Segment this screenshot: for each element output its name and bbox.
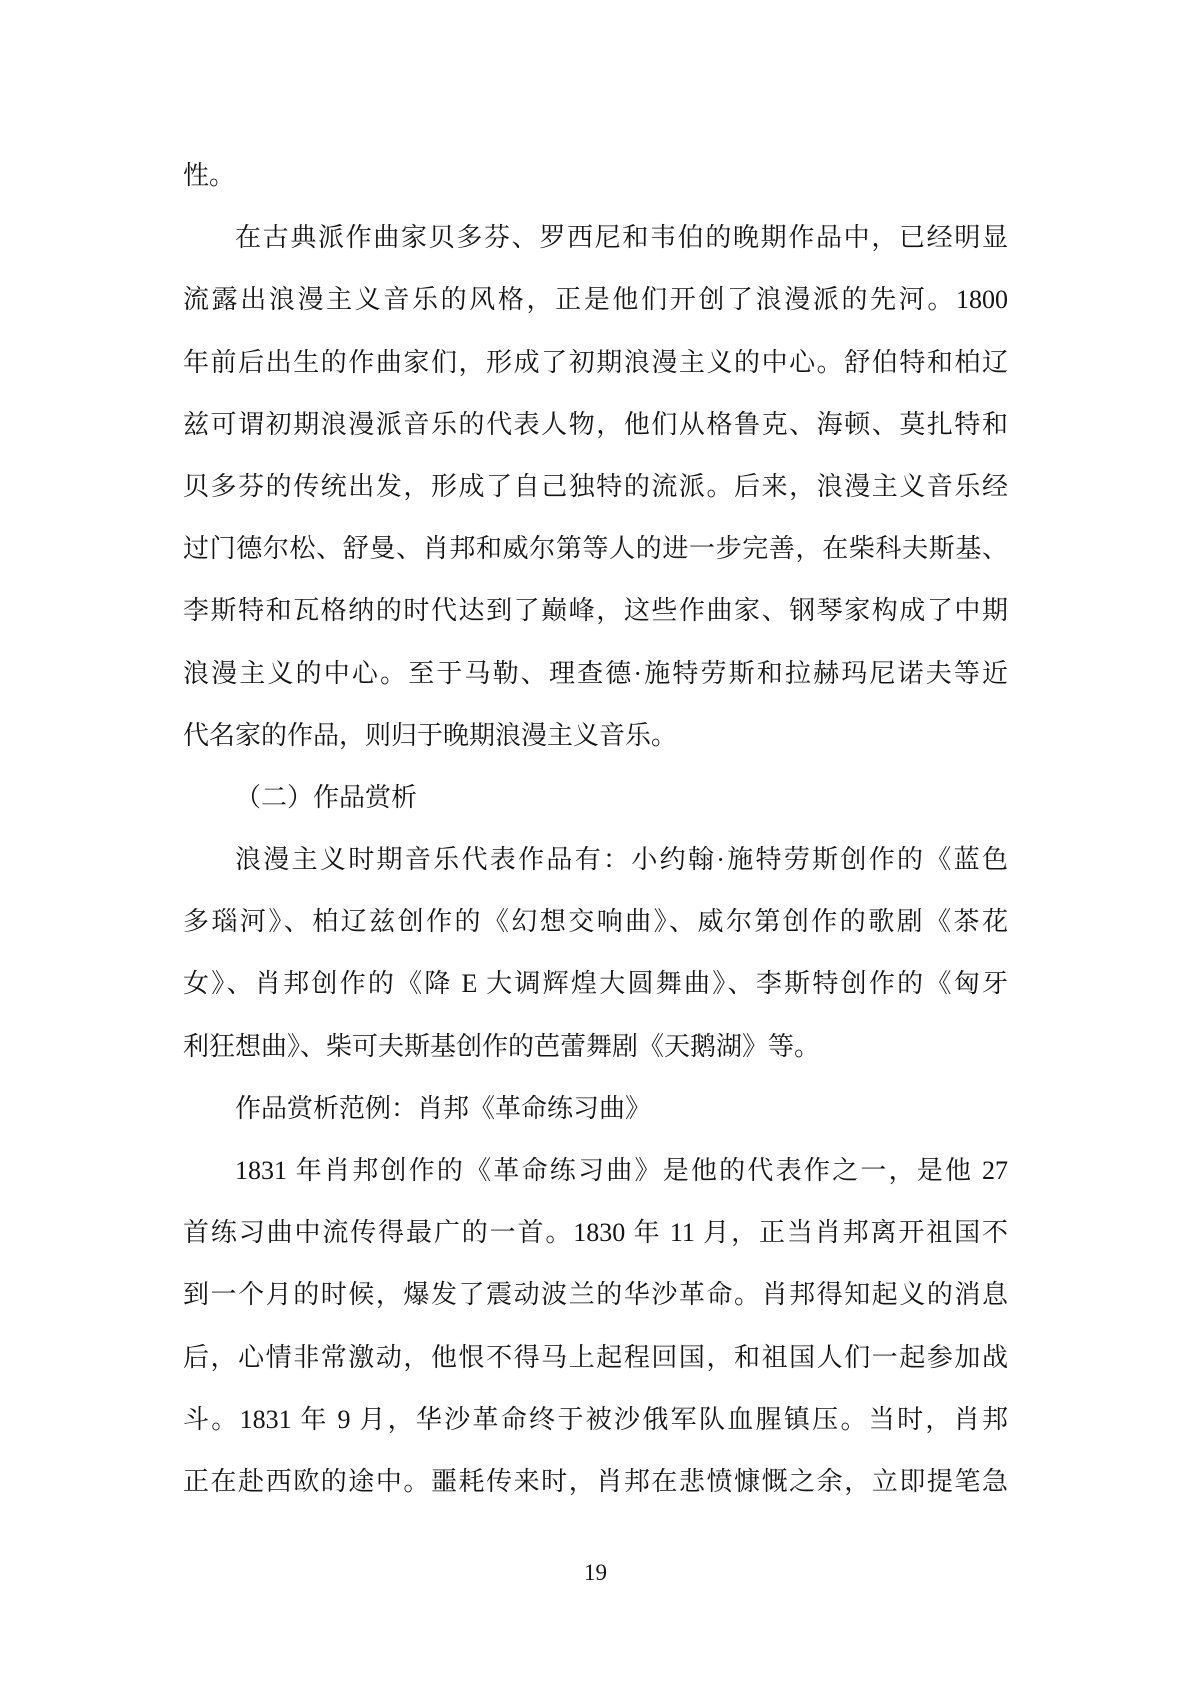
- text-line: 女》、肖邦创作的《降 E 大调辉煌大圆舞曲》、李斯特创作的《匈牙: [183, 953, 1008, 1015]
- document-page: 性。在古典派作曲家贝多芬、罗西尼和韦伯的晚期作品中，已经明显流露出浪漫主义音乐的…: [0, 0, 1191, 1684]
- document-body: 性。在古典派作曲家贝多芬、罗西尼和韦伯的晚期作品中，已经明显流露出浪漫主义音乐的…: [183, 145, 1008, 1513]
- text-line: 在古典派作曲家贝多芬、罗西尼和韦伯的晚期作品中，已经明显: [183, 207, 1008, 269]
- text-line: 年前后出生的作曲家们，形成了初期浪漫主义的中心。舒伯特和柏辽: [183, 332, 1008, 394]
- text-line: 代名家的作品，则归于晚期浪漫主义音乐。: [183, 705, 1008, 767]
- text-line: 贝多芬的传统出发，形成了自己独特的流派。后来，浪漫主义音乐经: [183, 456, 1008, 518]
- text-line: 多瑙河》、柏辽兹创作的《幻想交响曲》、威尔第创作的歌剧《茶花: [183, 891, 1008, 953]
- text-line: 利狂想曲》、柴可夫斯基创作的芭蕾舞剧《天鹅湖》等。: [183, 1016, 1008, 1078]
- text-line: 正在赴西欧的途中。噩耗传来时，肖邦在悲愤慷慨之余，立即提笔急: [183, 1451, 1008, 1513]
- text-line: 性。: [183, 145, 1008, 207]
- text-line: 过门德尔松、舒曼、肖邦和威尔第等人的进一步完善，在柴科夫斯基、: [183, 518, 1008, 580]
- text-line: 李斯特和瓦格纳的时代达到了巅峰，这些作曲家、钢琴家构成了中期: [183, 580, 1008, 642]
- text-line: （二）作品赏析: [183, 767, 1008, 829]
- text-line: 兹可谓初期浪漫派音乐的代表人物，他们从格鲁克、海顿、莫扎特和: [183, 394, 1008, 456]
- text-line: 浪漫主义时期音乐代表作品有：小约翰·施特劳斯创作的《蓝色: [183, 829, 1008, 891]
- text-line: 作品赏析范例：肖邦《革命练习曲》: [183, 1078, 1008, 1140]
- text-line: 后，心情非常激动，他恨不得马上起程回国，和祖国人们一起参加战: [183, 1327, 1008, 1389]
- text-line: 斗。1831 年 9 月，华沙革命终于被沙俄军队血腥镇压。当时，肖邦: [183, 1389, 1008, 1451]
- text-line: 1831 年肖邦创作的《革命练习曲》是他的代表作之一，是他 27: [183, 1140, 1008, 1202]
- page-number: 19: [0, 1558, 1191, 1588]
- text-line: 首练习曲中流传得最广的一首。1830 年 11 月，正当肖邦离开祖国不: [183, 1202, 1008, 1264]
- text-line: 到一个月的时候，爆发了震动波兰的华沙革命。肖邦得知起义的消息: [183, 1264, 1008, 1326]
- text-line: 浪漫主义的中心。至于马勒、理查德·施特劳斯和拉赫玛尼诺夫等近: [183, 643, 1008, 705]
- text-line: 流露出浪漫主义音乐的风格，正是他们开创了浪漫派的先河。1800: [183, 269, 1008, 331]
